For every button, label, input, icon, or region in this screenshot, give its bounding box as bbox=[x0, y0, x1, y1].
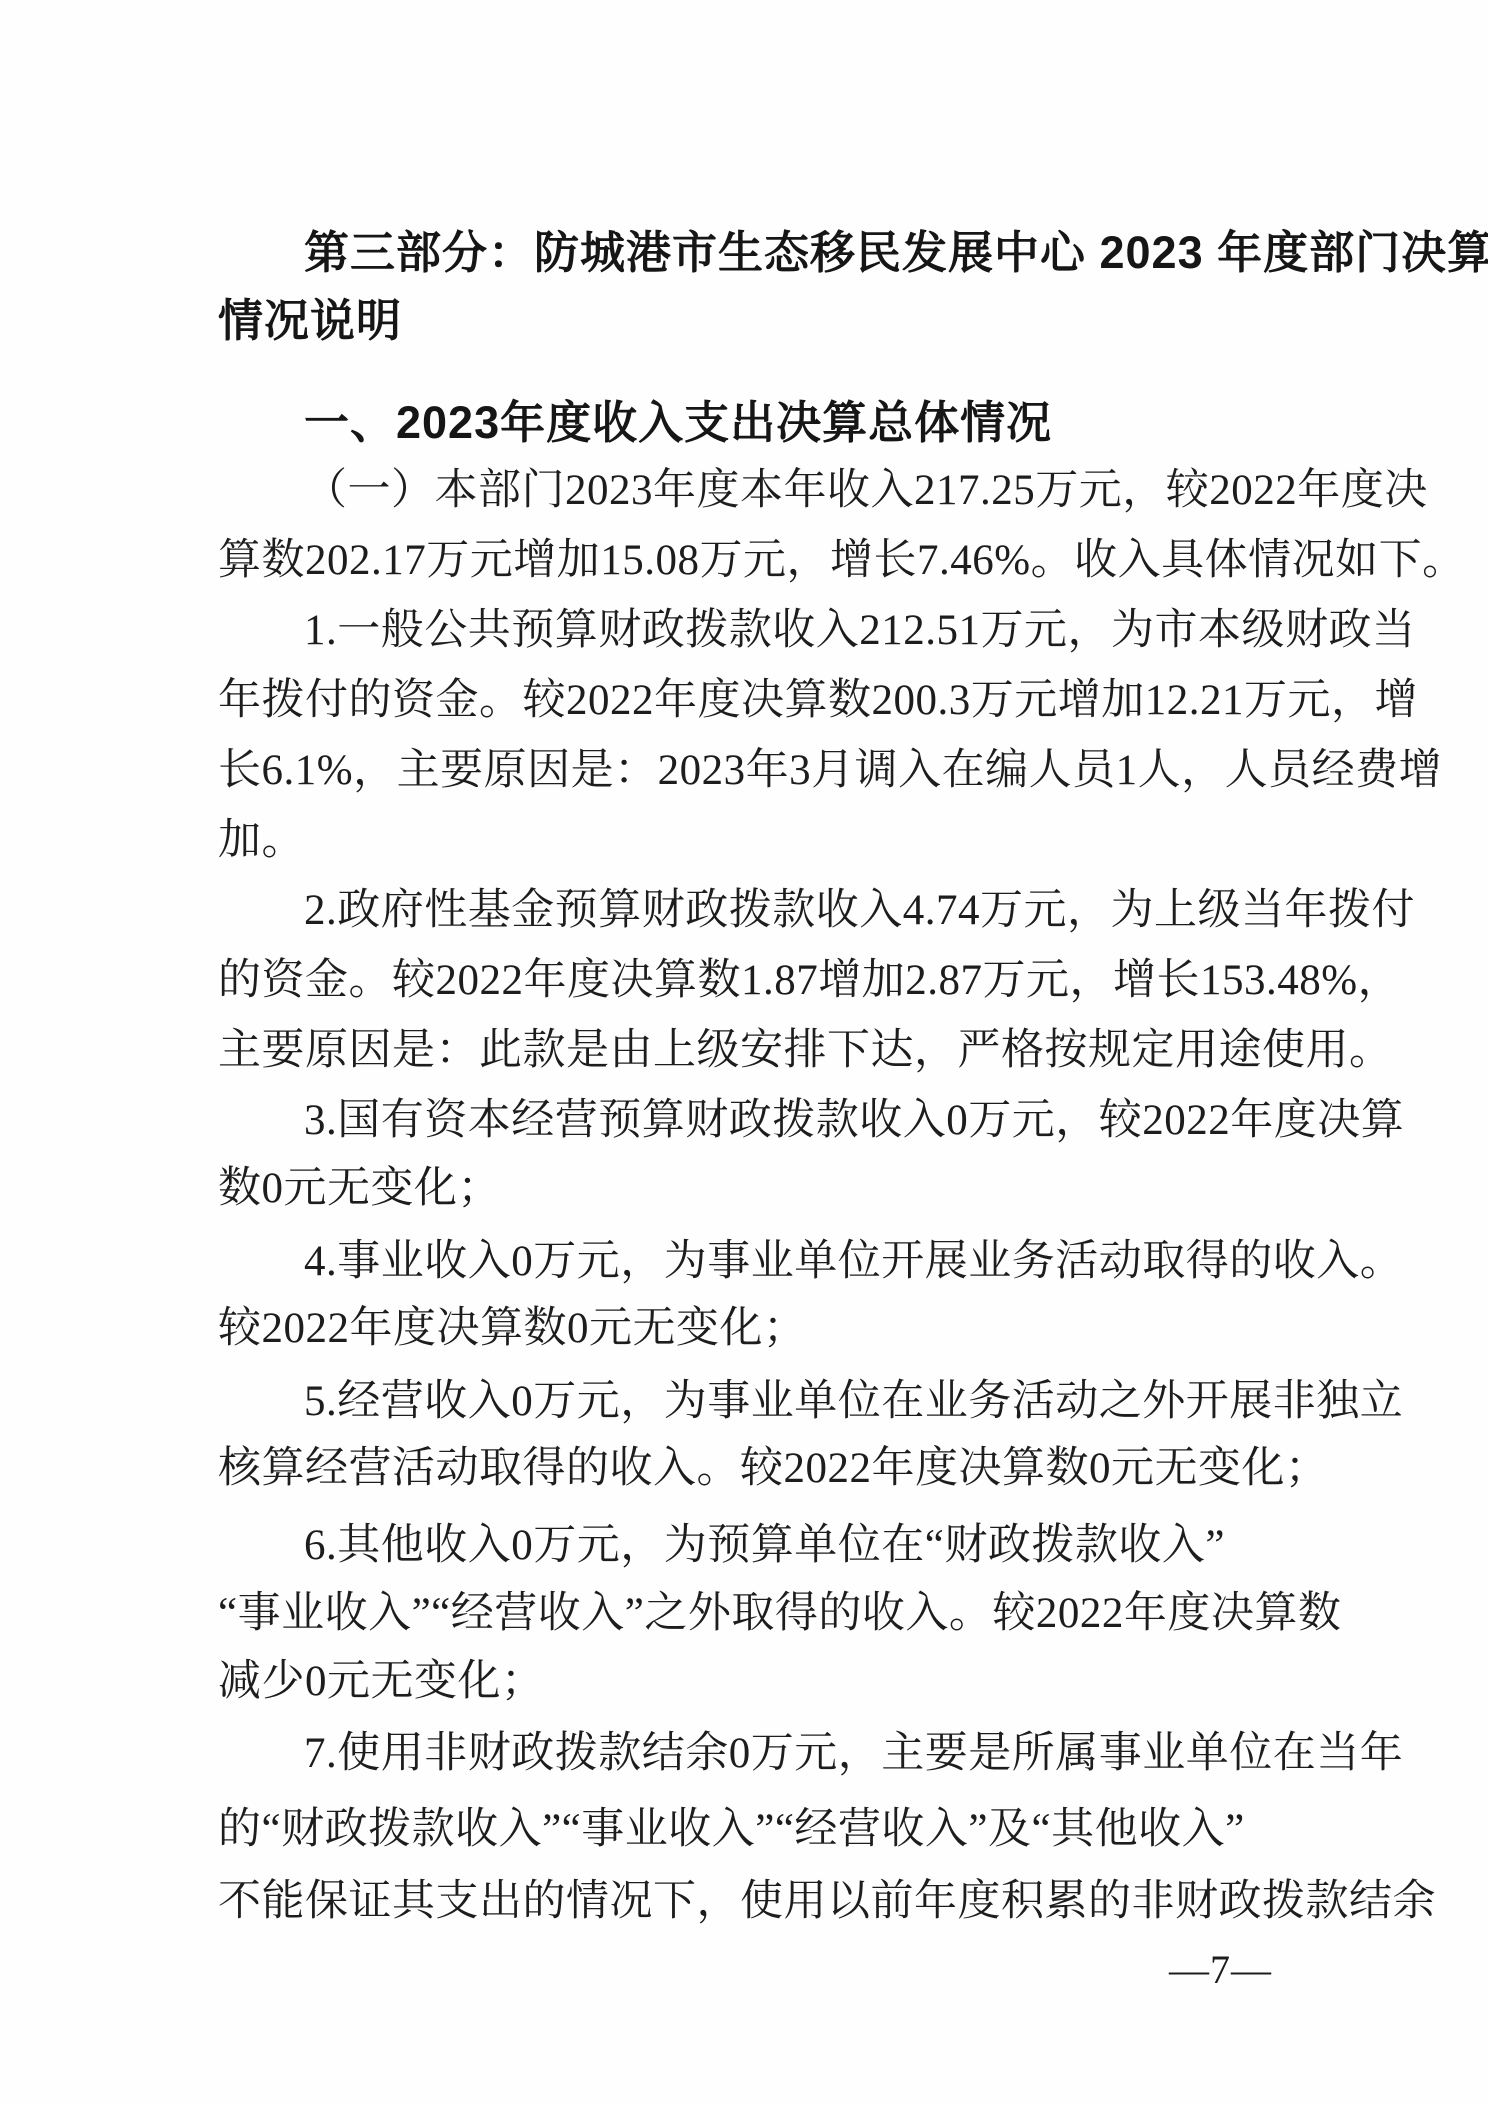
item-1-line-3: 长6.1%，主要原因是：2023年3月调入在编人员1人，人员经费增 bbox=[218, 747, 1442, 794]
item-7-line-2: 的“财政拨款收入”“事业收入”“经营收入”及“其他收入” bbox=[218, 1806, 1245, 1853]
item-4-line-2: 较2022年度决算数0元无变化； bbox=[218, 1305, 807, 1352]
item-7-line-3: 不能保证其支出的情况下，使用以前年度积累的非财政拨款结余 bbox=[218, 1878, 1436, 1925]
part-heading-line-2: 情况说明 bbox=[218, 296, 402, 346]
item-1-line-2: 年拨付的资金。较2022年度决算数200.3万元增加12.21万元，增 bbox=[218, 677, 1418, 724]
item-2-line-2: 的资金。较2022年度决算数1.87增加2.87万元，增长153.48%， bbox=[218, 957, 1401, 1004]
item-4-line-1: 4.事业收入0万元，为事业单位开展业务活动取得的收入。 bbox=[218, 1238, 1403, 1285]
item-6-line-1: 6.其他收入0万元，为预算单位在“财政拨款收入” bbox=[218, 1522, 1225, 1569]
item-3-line-1: 3.国有资本经营预算财政拨款收入0万元，较2022年度决算 bbox=[218, 1097, 1404, 1144]
page-number: —7— bbox=[1169, 1946, 1272, 1993]
item-6-line-3: 减少0元无变化； bbox=[218, 1658, 545, 1705]
item-6-line-2: “事业收入”“经营收入”之外取得的收入。较2022年度决算数 bbox=[218, 1590, 1341, 1637]
item-7-line-1: 7.使用非财政拨款结余0万元，主要是所属事业单位在当年 bbox=[218, 1730, 1403, 1777]
item-5-line-1: 5.经营收入0万元，为事业单位在业务活动之外开展非独立 bbox=[218, 1378, 1403, 1425]
section-heading: 一、2023年度收入支出决算总体情况 bbox=[218, 398, 1052, 448]
para-1-line-2: 算数202.17万元增加15.08万元，增长7.46%。收入具体情况如下。 bbox=[218, 537, 1466, 584]
item-3-line-2: 数0元无变化； bbox=[218, 1165, 501, 1212]
item-2-line-1: 2.政府性基金预算财政拨款收入4.74万元，为上级当年拨付 bbox=[218, 887, 1415, 934]
item-1-line-1: 1.一般公共预算财政拨款收入212.51万元，为市本级财政当 bbox=[218, 607, 1416, 654]
item-1-line-4: 加。 bbox=[218, 817, 305, 864]
item-2-line-3: 主要原因是：此款是由上级安排下达，严格按规定用途使用。 bbox=[218, 1027, 1393, 1074]
item-5-line-2: 核算经营活动取得的收入。较2022年度决算数0元无变化； bbox=[218, 1445, 1329, 1492]
para-1-line-1: （一）本部门2023年度本年收入217.25万元，较2022年度决 bbox=[218, 467, 1428, 514]
part-heading-line-1: 第三部分：防城港市生态移民发展中心 2023 年度部门决算 bbox=[218, 228, 1488, 278]
scanned-document-page: 第三部分：防城港市生态移民发展中心 2023 年度部门决算 情况说明 一、202… bbox=[0, 0, 1488, 2104]
